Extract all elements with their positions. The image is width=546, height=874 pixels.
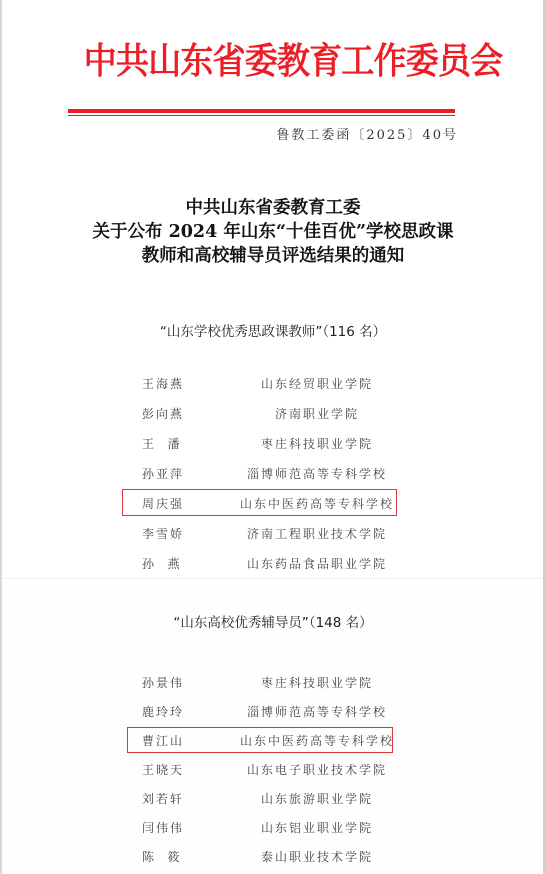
- school-name: 山东旅游职业学院: [232, 790, 402, 807]
- list-item: 李雪娇 济南工程职业技术学院: [0, 521, 546, 545]
- list-item: 王晓天 山东电子职业技术学院: [0, 757, 546, 781]
- person-name: 孙亚萍: [142, 465, 202, 482]
- person-name: 刘若轩: [142, 790, 202, 807]
- letterhead-rule-thin: [68, 115, 455, 116]
- section-heading-teachers: “山东学校优秀思政课教师”（116 名）: [0, 320, 546, 340]
- document-number: 鲁教工委函〔2025〕40号: [276, 124, 458, 143]
- school-name: 山东铝业职业学院: [232, 819, 402, 836]
- title-line-2: 关于公布 2024 年山东“十佳百优”学校思政课: [40, 220, 506, 244]
- person-name: 彭向燕: [142, 405, 202, 422]
- person-name: 闫伟伟: [142, 819, 202, 836]
- section-heading-counselors: “山东高校优秀辅导员”（148 名）: [0, 611, 546, 631]
- person-name: 王 潘: [142, 435, 202, 452]
- letterhead-rule-thick: [68, 109, 455, 113]
- list-item: 王 潘 枣庄科技职业学院: [0, 431, 546, 455]
- school-name: 山东经贸职业学院: [232, 375, 402, 392]
- school-name: 泰山职业技术学院: [232, 848, 402, 865]
- school-name: 山东电子职业技术学院: [232, 761, 402, 778]
- person-name: 孙 燕: [142, 555, 202, 572]
- school-name: 枣庄科技职业学院: [232, 674, 402, 691]
- list-item: 孙景伟 枣庄科技职业学院: [0, 670, 546, 694]
- list-item: 王海燕 山东经贸职业学院: [0, 371, 546, 395]
- person-name: 王海燕: [142, 375, 202, 392]
- school-name: 济南职业学院: [232, 405, 402, 422]
- person-name: 孙景伟: [142, 674, 202, 691]
- list-item: 鹿玲玲 淄博师范高等专科学校: [0, 699, 546, 723]
- school-name: 济南工程职业技术学院: [232, 525, 402, 542]
- list-item: 闫伟伟 山东铝业职业学院: [0, 815, 546, 839]
- person-name: 王晓天: [142, 761, 202, 778]
- list-item: 彭向燕 济南职业学院: [0, 401, 546, 425]
- title-line-1: 中共山东省委教育工委: [40, 196, 506, 220]
- title-line-3: 教师和高校辅导员评选结果的通知: [40, 244, 506, 268]
- school-name: 淄博师范高等专科学校: [232, 703, 402, 720]
- list-item: 陈 筱 泰山职业技术学院: [0, 844, 546, 868]
- person-name: 李雪娇: [142, 525, 202, 542]
- highlight-box-teacher: [122, 489, 397, 516]
- person-name: 鹿玲玲: [142, 703, 202, 720]
- notice-title: 中共山东省委教育工委 关于公布 2024 年山东“十佳百优”学校思政课 教师和高…: [40, 196, 506, 268]
- letterhead-title: 中共山东省委教育工作委员会: [84, 36, 445, 86]
- person-name: 陈 筱: [142, 848, 202, 865]
- highlight-box-counselor: [127, 727, 393, 753]
- school-name: 枣庄科技职业学院: [232, 435, 402, 452]
- school-name: 淄博师范高等专科学校: [232, 465, 402, 482]
- list-item: 孙亚萍 淄博师范高等专科学校: [0, 461, 546, 485]
- school-name: 山东药品食品职业学院: [232, 555, 402, 572]
- list-item: 刘若轩 山东旅游职业学院: [0, 786, 546, 810]
- list-item: 孙 燕 山东药品食品职业学院: [0, 551, 546, 575]
